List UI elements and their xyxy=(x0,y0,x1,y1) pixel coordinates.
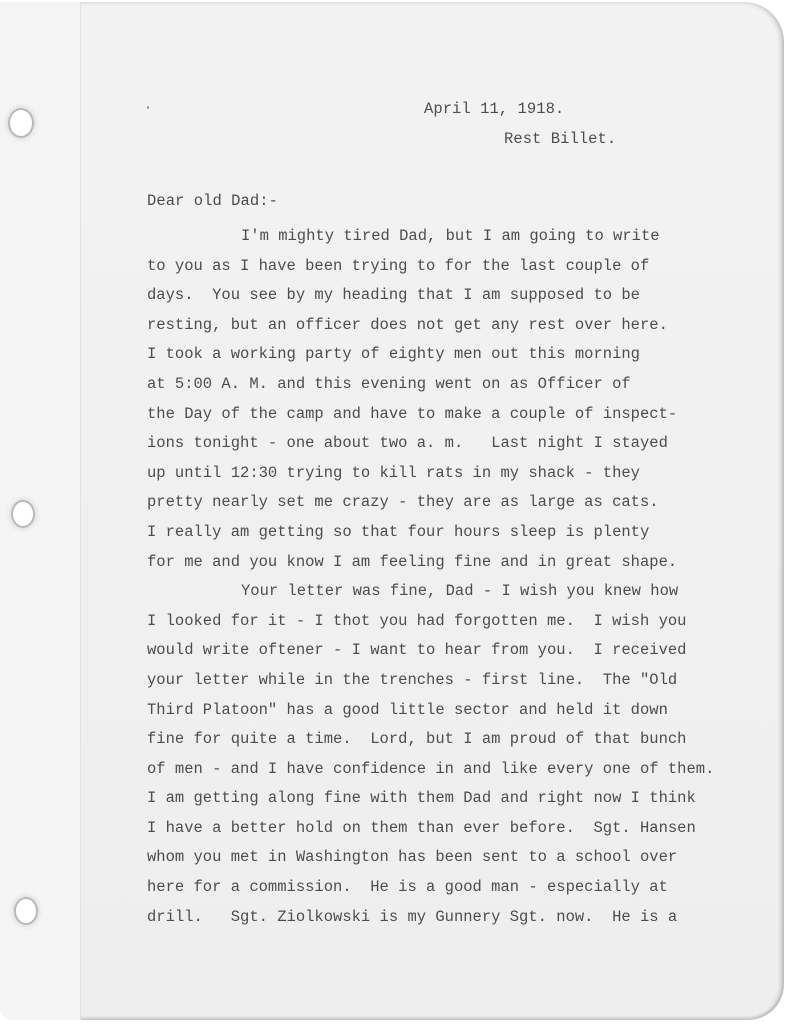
letter-date: April 11, 1918. xyxy=(424,100,564,118)
letter-line: I am getting along fine with them Dad an… xyxy=(147,784,714,814)
letter-line: I took a working party of eighty men out… xyxy=(147,340,714,370)
letter-line: I have a better hold on them than ever b… xyxy=(147,814,714,844)
letter-line: I really am getting so that four hours s… xyxy=(147,518,714,548)
letter-line: Third Platoon" has a good little sector … xyxy=(147,696,714,726)
letter-line: resting, but an officer does not get any… xyxy=(147,311,714,341)
letter-line: Your letter was fine, Dad - I wish you k… xyxy=(147,577,714,607)
letter-line: days. You see by my heading that I am su… xyxy=(147,281,714,311)
letter-line: fine for quite a time. Lord, but I am pr… xyxy=(147,725,714,755)
letter-line: I'm mighty tired Dad, but I am going to … xyxy=(147,222,714,252)
letter-line: here for a commission. He is a good man … xyxy=(147,873,714,903)
binder-hole-icon xyxy=(13,502,33,526)
paper-speck xyxy=(147,106,149,109)
letter-line: for me and you know I am feeling fine an… xyxy=(147,548,714,578)
letter-line: your letter while in the trenches - firs… xyxy=(147,666,714,696)
letter-page: April 11, 1918. Rest Billet. Dear old Da… xyxy=(0,2,784,1020)
letter-place: Rest Billet. xyxy=(504,130,616,148)
letter-line: would write oftener - I want to hear fro… xyxy=(147,636,714,666)
letter-line: ions tonight - one about two a. m. Last … xyxy=(147,429,714,459)
letter-line: up until 12:30 trying to kill rats in my… xyxy=(147,459,714,489)
letter-salutation: Dear old Dad:- xyxy=(147,192,278,210)
letter-line: I looked for it - I thot you had forgott… xyxy=(147,607,714,637)
letter-line: to you as I have been trying to for the … xyxy=(147,252,714,282)
letter-line: pretty nearly set me crazy - they are as… xyxy=(147,488,714,518)
letter-line: drill. Sgt. Ziolkowski is my Gunnery Sgt… xyxy=(147,903,714,933)
letter-line: at 5:00 A. M. and this evening went on a… xyxy=(147,370,714,400)
letter-line: whom you met in Washington has been sent… xyxy=(147,843,714,873)
letter-line: the Day of the camp and have to make a c… xyxy=(147,400,714,430)
letter-body: I'm mighty tired Dad, but I am going to … xyxy=(147,222,714,932)
binder-hole-icon xyxy=(10,110,32,136)
letter-line: of men - and I have confidence in and li… xyxy=(147,755,714,785)
binder-hole-icon xyxy=(16,899,36,923)
